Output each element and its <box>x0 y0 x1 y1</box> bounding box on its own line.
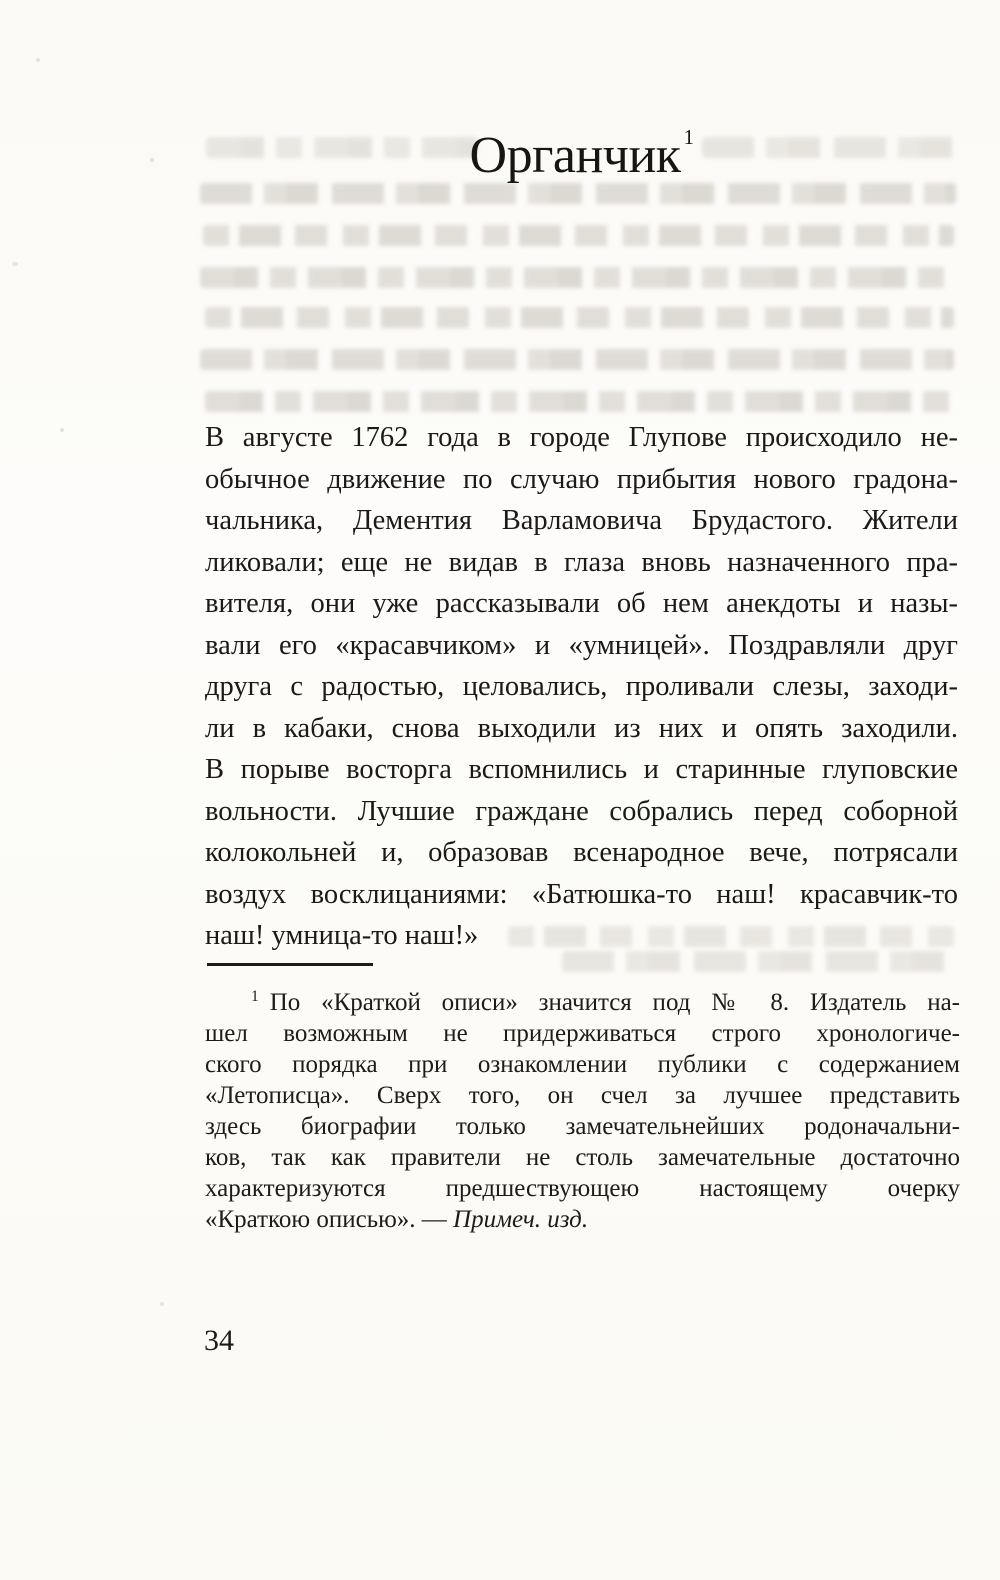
body-line: В порыве восторга вспомнились и старинны… <box>205 749 958 791</box>
scan-speck <box>160 1302 164 1306</box>
body-line: обычное движение по случаю прибытия ново… <box>205 459 958 501</box>
bleed-through-line <box>203 225 954 246</box>
footnote-last-line-regular: «Краткою описью». — <box>205 1206 453 1233</box>
footnote-line: «Летописца». Сверх того, он счел за лучш… <box>205 1080 960 1111</box>
bleed-through-line <box>200 349 954 370</box>
body-line: ликовали; еще не видав в глаза вновь наз… <box>205 542 958 584</box>
footnote-line: шел возможным не придерживаться строго х… <box>205 1018 960 1049</box>
footnote-line: 1По «Краткой описи» значится под № 8. Из… <box>205 981 960 1018</box>
bleed-through-line <box>205 307 954 328</box>
body-line: вителя, они уже рассказывали об нем анек… <box>205 583 958 625</box>
body-line: наш! умница-то наш!» <box>205 915 958 957</box>
book-page: Органчик1 В августе 1762 года в городе Г… <box>0 0 1000 1580</box>
footnote-line: ского порядка при ознакомлении публики с… <box>205 1049 960 1080</box>
scan-speck <box>150 158 154 162</box>
footnote-line: характеризуются предшествующею настоящем… <box>205 1173 960 1204</box>
body-line: колокольней и, образовав всенародное веч… <box>205 832 958 874</box>
footnote-attribution: Примеч. изд. <box>453 1206 588 1233</box>
scan-speck <box>36 58 40 62</box>
footnote-reference: 1 <box>684 126 694 149</box>
footnote-line: «Краткою описью». — Примеч. изд. <box>205 1204 960 1235</box>
body-line: вольности. Лучшие граждане собрались пер… <box>205 791 958 833</box>
body-line: чальника, Дементия Варламовича Брудастог… <box>205 500 958 542</box>
footnote-line: здесь биографии только замечательнейших … <box>205 1111 960 1142</box>
scan-speck <box>12 262 18 266</box>
body-line: воздух восклицаниями: «Батюшка-то наш! к… <box>205 874 958 916</box>
body-line: ли в кабаки, снова выходили из них и опя… <box>205 708 958 750</box>
bleed-through-line <box>200 183 956 204</box>
body-line: В августе 1762 года в городе Глупове про… <box>205 417 958 459</box>
body-line: друга с радостью, целовались, проливали … <box>205 666 958 708</box>
page-number: 34 <box>204 1324 234 1358</box>
body-text: В августе 1762 года в городе Глупове про… <box>205 417 958 957</box>
body-line: вали его «красавчиком» и «умницей». Позд… <box>205 625 958 667</box>
footnote-line-text: По «Краткой описи» значится под № 8. Изд… <box>270 989 960 1016</box>
footnote-line: ков, так как правители не столь замечате… <box>205 1142 960 1173</box>
footnote-rule <box>207 963 373 966</box>
footnote-marker: 1 <box>251 988 259 1005</box>
chapter-title: Органчик1 <box>205 126 958 185</box>
footnote: 1По «Краткой описи» значится под № 8. Из… <box>205 981 960 1235</box>
bleed-through-line <box>200 267 956 288</box>
scan-speck <box>60 428 64 432</box>
chapter-title-text: Органчик <box>470 127 681 184</box>
bleed-through-line <box>205 391 953 412</box>
